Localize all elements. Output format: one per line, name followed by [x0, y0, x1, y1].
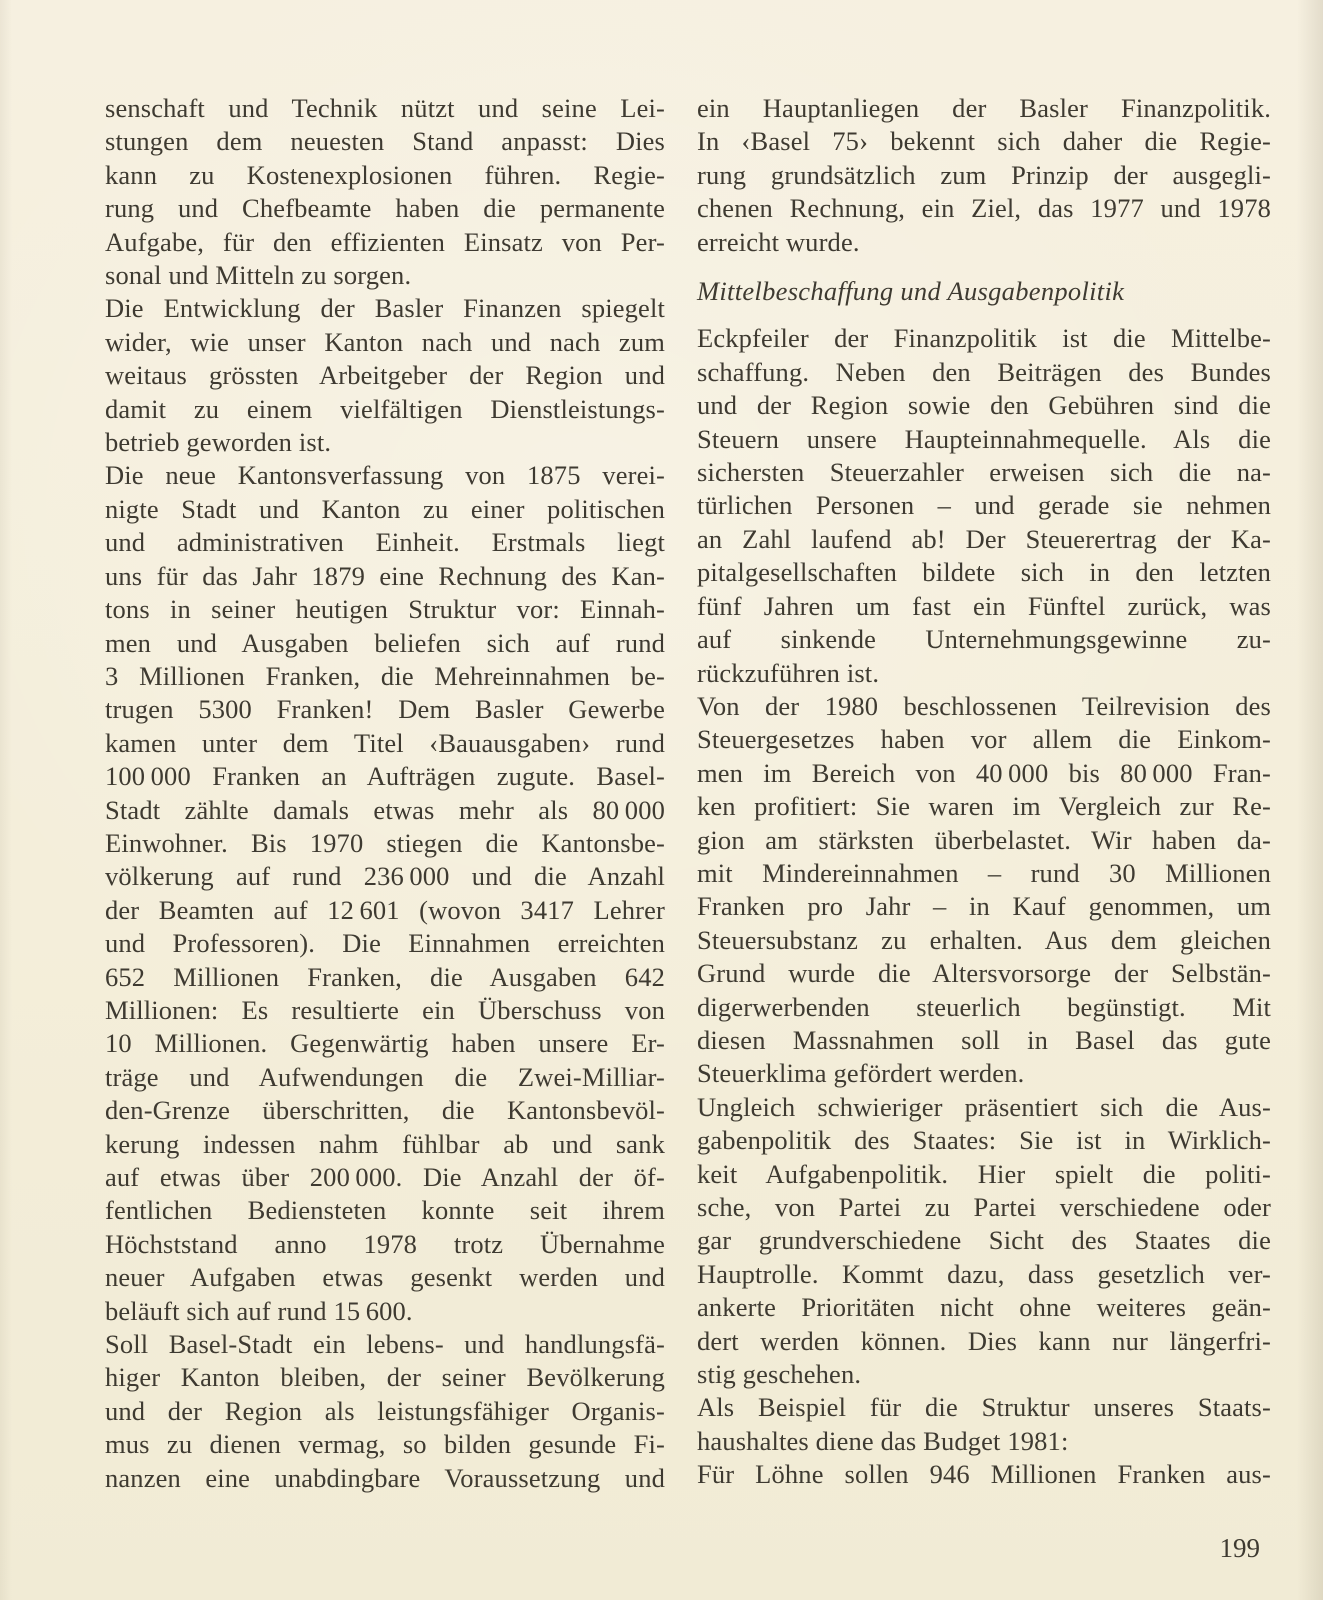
text-line: tons in seiner heutigen Struktur vor: Ei… [105, 593, 665, 626]
text-line: 3 Millionen Franken, die Mehreinnahmen b… [105, 660, 665, 693]
text-line: 652 Millionen Franken, die Ausgaben 642 [105, 961, 665, 994]
text-line: kann zu Kostenexplosionen führen. Regie- [105, 159, 665, 192]
text-line: türlichen Personen – und gerade sie nehm… [697, 489, 1271, 522]
text-line: an Zahl laufend ab! Der Steuerertrag der… [697, 523, 1271, 556]
text-line: senschaft und Technik nützt und seine Le… [105, 92, 665, 125]
text-line: Eckpfeiler der Finanzpolitik ist die Mit… [697, 322, 1271, 355]
text-line: wider, wie unser Kanton nach und nach zu… [105, 326, 665, 359]
text-line: kamen unter dem Titel ‹Bauausgaben› rund [105, 727, 665, 760]
text-line: auf sinkende Unternehmungsgewinne zu- [697, 623, 1271, 656]
right-edge-shade [1297, 0, 1323, 1600]
text-line: 100 000 Franken an Aufträgen zugute. Bas… [105, 760, 665, 793]
right-column: ein Hauptanliegen der Basler Finanzpolit… [697, 92, 1271, 1492]
text-line: der Beamten auf 12 601 (wovon 3417 Lehre… [105, 894, 665, 927]
text-line: beläuft sich auf rund 15 600. [105, 1295, 665, 1328]
text-line: auf etwas über 200 000. Die Anzahl der ö… [105, 1161, 665, 1194]
text-line: digerwerbenden steuerlich begünstigt. Mi… [697, 991, 1271, 1024]
text-line: Steuergesetzes haben vor allem die Einko… [697, 723, 1271, 756]
text-line: sonal und Mitteln zu sorgen. [105, 259, 665, 292]
text-line: Steuerklima gefördert werden. [697, 1057, 1271, 1090]
text-line: gabenpolitik des Staates: Sie ist in Wir… [697, 1124, 1271, 1157]
text-line: In ‹Basel 75› bekennt sich daher die Reg… [697, 125, 1271, 158]
text-line: stig geschehen. [697, 1358, 1271, 1391]
text-line: mus zu dienen vermag, so bilden gesunde … [105, 1428, 665, 1461]
text-line: schaffung. Neben den Beiträgen des Bunde… [697, 356, 1271, 389]
paragraph: Als Beispiel für die Struktur unseres St… [697, 1391, 1271, 1458]
text-line: diesen Massnahmen soll in Basel das gute [697, 1024, 1271, 1057]
paragraph: Für Löhne sollen 946 Millionen Franken a… [697, 1458, 1271, 1491]
text-line: gion am stärksten überbelastet. Wir habe… [697, 824, 1271, 857]
text-line: Die Entwicklung der Basler Finanzen spie… [105, 292, 665, 325]
text-line: Als Beispiel für die Struktur unseres St… [697, 1391, 1271, 1424]
text-line: neuer Aufgaben etwas gesenkt werden und [105, 1261, 665, 1294]
left-edge-shade [0, 0, 12, 1600]
text-line: Höchststand anno 1978 trotz Übernahme [105, 1228, 665, 1261]
text-line: fünf Jahren um fast ein Fünftel zurück, … [697, 590, 1271, 623]
text-line: erreicht wurde. [697, 226, 1271, 259]
text-line: Soll Basel-Stadt ein lebens- und handlun… [105, 1328, 665, 1361]
text-line: und Professoren). Die Einnahmen erreicht… [105, 927, 665, 960]
text-line: Hauptrolle. Kommt dazu, dass gesetzlich … [697, 1258, 1271, 1291]
text-line: nigte Stadt und Kanton zu einer politisc… [105, 493, 665, 526]
text-line: Einwohner. Bis 1970 stiegen die Kantonsb… [105, 827, 665, 860]
text-line: haushaltes diene das Budget 1981: [697, 1425, 1271, 1458]
text-line: Franken pro Jahr – in Kauf genommen, um [697, 890, 1271, 923]
text-line: Mittelbeschaffung und Ausgabenpolitik [697, 275, 1271, 308]
text-line: men im Bereich von 40 000 bis 80 000 Fra… [697, 757, 1271, 790]
text-line: Aufgabe, für den effizienten Einsatz von… [105, 226, 665, 259]
paragraph: Die Entwicklung der Basler Finanzen spie… [105, 292, 665, 459]
text-line: keit Aufgabenpolitik. Hier spielt die po… [697, 1158, 1271, 1191]
text-line: higer Kanton bleiben, der seiner Bevölke… [105, 1361, 665, 1394]
text-line: ankerte Prioritäten nicht ohne weiteres … [697, 1291, 1271, 1324]
text-line: völkerung auf rund 236 000 und die Anzah… [105, 860, 665, 893]
text-line: Die neue Kantonsverfassung von 1875 vere… [105, 459, 665, 492]
text-line: ein Hauptanliegen der Basler Finanzpolit… [697, 92, 1271, 125]
text-line: Steuern unsere Haupteinnahmequelle. Als … [697, 423, 1271, 456]
page-number: 199 [1150, 1532, 1260, 1565]
paragraph: Eckpfeiler der Finanzpolitik ist die Mit… [697, 322, 1271, 689]
paragraph: ein Hauptanliegen der Basler Finanzpolit… [697, 92, 1271, 259]
text-line: weitaus grössten Arbeitgeber der Region … [105, 359, 665, 392]
text-line: den-Grenze überschritten, die Kantonsbev… [105, 1094, 665, 1127]
text-line: dert werden können. Dies kann nur länger… [697, 1325, 1271, 1358]
text-line: rung und Chefbeamte haben die permanente [105, 192, 665, 225]
text-line: damit zu einem vielfältigen Dienstleistu… [105, 393, 665, 426]
text-line: Für Löhne sollen 946 Millionen Franken a… [697, 1458, 1271, 1491]
paragraph: senschaft und Technik nützt und seine Le… [105, 92, 665, 292]
text-line: uns für das Jahr 1879 eine Rechnung des … [105, 560, 665, 593]
text-line: fentlichen Bediensteten konnte seit ihre… [105, 1194, 665, 1227]
text-line: sche, von Partei zu Partei verschiedene … [697, 1191, 1271, 1224]
text-line: chenen Rechnung, ein Ziel, das 1977 und … [697, 192, 1271, 225]
text-line: und der Region sowie den Gebühren sind d… [697, 389, 1271, 422]
left-column: senschaft und Technik nützt und seine Le… [105, 92, 665, 1495]
text-line: trugen 5300 Franken! Dem Basler Gewerbe [105, 693, 665, 726]
text-line: träge und Aufwendungen die Zwei-Milliar- [105, 1061, 665, 1094]
paragraph: Soll Basel-Stadt ein lebens- und handlun… [105, 1328, 665, 1495]
text-line: sichersten Steuerzahler erweisen sich di… [697, 456, 1271, 489]
text-line: stungen dem neuesten Stand anpasst: Dies [105, 125, 665, 158]
text-line: betrieb geworden ist. [105, 426, 665, 459]
paragraph: Von der 1980 beschlossenen Teilrevision … [697, 690, 1271, 1091]
text-line: und der Region als leistungsfähiger Orga… [105, 1395, 665, 1428]
text-line: Ungleich schwieriger präsentiert sich di… [697, 1091, 1271, 1124]
text-line: Stadt zählte damals etwas mehr als 80 00… [105, 794, 665, 827]
section-heading: Mittelbeschaffung und Ausgabenpolitik [697, 275, 1271, 308]
text-line: men und Ausgaben beliefen sich auf rund [105, 627, 665, 660]
text-line: rückzuführen ist. [697, 657, 1271, 690]
text-line: Grund wurde die Altersvorsorge der Selbs… [697, 957, 1271, 990]
text-line: kerung indessen nahm fühlbar ab und sank [105, 1128, 665, 1161]
text-line: Von der 1980 beschlossenen Teilrevision … [697, 690, 1271, 723]
paragraph: Ungleich schwieriger präsentiert sich di… [697, 1091, 1271, 1392]
text-line: gar grundverschiedene Sicht des Staates … [697, 1224, 1271, 1257]
text-line: mit Mindereinnahmen – rund 30 Millionen [697, 857, 1271, 890]
text-line: nanzen eine unabdingbare Voraussetzung u… [105, 1462, 665, 1495]
text-line: 10 Millionen. Gegenwärtig haben unsere E… [105, 1027, 665, 1060]
text-line: pitalgesellschaften bildete sich in den … [697, 556, 1271, 589]
paragraph: Die neue Kantonsverfassung von 1875 vere… [105, 459, 665, 1328]
text-line: Steuersubstanz zu erhalten. Aus dem glei… [697, 924, 1271, 957]
text-line: Millionen: Es resultierte ein Überschuss… [105, 994, 665, 1027]
text-line: ken profitiert: Sie waren im Vergleich z… [697, 790, 1271, 823]
text-line: und administrativen Einheit. Erstmals li… [105, 526, 665, 559]
text-line: rung grundsätzlich zum Prinzip der ausge… [697, 159, 1271, 192]
